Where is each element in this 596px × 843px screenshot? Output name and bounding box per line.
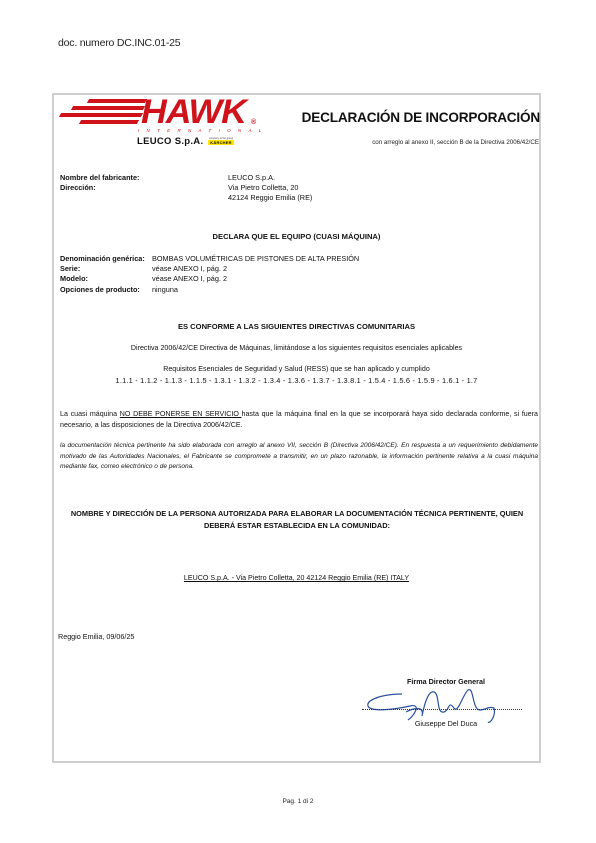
equipment-row: Opciones de producto: ninguna bbox=[60, 285, 359, 295]
authorized-person-heading: NOMBRE Y DIRECCIÓN DE LA PERSONA AUTORIZ… bbox=[60, 508, 534, 531]
equipment-label: Denominación genérica: bbox=[60, 254, 152, 264]
equipment-value: ninguna bbox=[152, 285, 178, 295]
equipment-value: BOMBAS VOLUMÉTRICAS DE PISTONES DE ALTA … bbox=[152, 254, 359, 264]
logo-stripe-3 bbox=[59, 113, 143, 117]
spacer bbox=[60, 193, 228, 203]
notice-emphasis: NO DEBE PONERSE EN SERVICIO bbox=[120, 410, 242, 418]
logo-brand: HAWK bbox=[141, 94, 246, 130]
manufacturer-address-line1: Via Pietro Colletta, 20 bbox=[228, 183, 298, 193]
signer-name: Giuseppe Del Duca bbox=[360, 719, 532, 728]
equipment-heading: DECLARA QUE EL EQUIPO (CUASI MÁQUINA) bbox=[52, 232, 541, 241]
notice-before: La cuasi máquina bbox=[60, 410, 120, 418]
logo-company: LEUCO S.p.A. bbox=[137, 136, 203, 147]
equipment-block: Denominación genérica: BOMBAS VOLUMÉTRIC… bbox=[60, 254, 359, 295]
document-title: DECLARACIÓN DE INCORPORACIÓN bbox=[282, 110, 540, 125]
equipment-row: Serie: véase ANEXO I, pág. 2 bbox=[60, 264, 359, 274]
service-notice: La cuasi máquina NO DEBE PONERSE EN SERV… bbox=[60, 409, 538, 430]
equipment-label: Serie: bbox=[60, 264, 152, 274]
karcher-badge: company of the group KÄRCHER bbox=[208, 137, 234, 146]
manufacturer-name-value: LEUCO S.p.A. bbox=[228, 173, 275, 183]
ress-list: 1.1.1 - 1.1.2 - 1.1.3 - 1.1.5 - 1.3.1 - … bbox=[52, 376, 541, 385]
equipment-value: véase ANEXO I, pág. 2 bbox=[152, 264, 227, 274]
directive-statement: Directiva 2006/42/CE Directiva de Máquin… bbox=[52, 344, 541, 352]
document-number: doc. numero DC.INC.01-25 bbox=[58, 37, 180, 49]
document-subtitle: con arreglo al anexo II, sección B de la… bbox=[280, 139, 539, 146]
company-logo: HAWK ® INTERNATIONAL LEUCO S.p.A. compan… bbox=[58, 95, 268, 150]
place-and-date: Reggio Emilia, 09/06/25 bbox=[58, 632, 134, 641]
manufacturer-address-row-2: 42124 Reggio Emilia (RE) bbox=[60, 193, 312, 203]
logo-stripe-4 bbox=[79, 120, 139, 124]
manufacturer-block: Nombre del fabricante: LEUCO S.p.A. Dire… bbox=[60, 173, 312, 204]
ress-title: Requisitos Esenciales de Seguridad y Sal… bbox=[52, 365, 541, 373]
equipment-value: véase ANEXO I, pág. 2 bbox=[152, 274, 227, 284]
page-number: Pag. 1 di 2 bbox=[0, 798, 596, 805]
logo-registered-mark: ® bbox=[251, 119, 256, 126]
equipment-row: Denominación genérica: BOMBAS VOLUMÉTRIC… bbox=[60, 254, 359, 264]
logo-tagline: INTERNATIONAL bbox=[138, 128, 269, 133]
equipment-row: Modelo: véase ANEXO I, pág. 2 bbox=[60, 274, 359, 284]
conformity-heading: ES CONFORME A LAS SIGUIENTES DIRECTIVAS … bbox=[52, 322, 541, 331]
logo-stripe-2 bbox=[71, 106, 145, 110]
manufacturer-address-line2: 42124 Reggio Emilia (RE) bbox=[228, 193, 312, 203]
equipment-label: Opciones de producto: bbox=[60, 285, 152, 295]
signature-title: Firma Director General bbox=[360, 677, 532, 686]
technical-documentation-statement: la documentación técnica pertinente ha s… bbox=[60, 441, 538, 473]
manufacturer-address-row: Dirección: Via Pietro Colletta, 20 bbox=[60, 183, 312, 193]
manufacturer-address-label: Dirección: bbox=[60, 183, 228, 193]
equipment-label: Modelo: bbox=[60, 274, 152, 284]
authorized-person-address: LEUCO S.p.A. - Via Pietro Colletta, 20 4… bbox=[52, 574, 541, 582]
manufacturer-name-row: Nombre del fabricante: LEUCO S.p.A. bbox=[60, 173, 312, 183]
manufacturer-name-label: Nombre del fabricante: bbox=[60, 173, 228, 183]
logo-stripe-1 bbox=[87, 99, 147, 103]
signature-line bbox=[362, 709, 522, 710]
badge-brand: KÄRCHER bbox=[208, 140, 234, 145]
